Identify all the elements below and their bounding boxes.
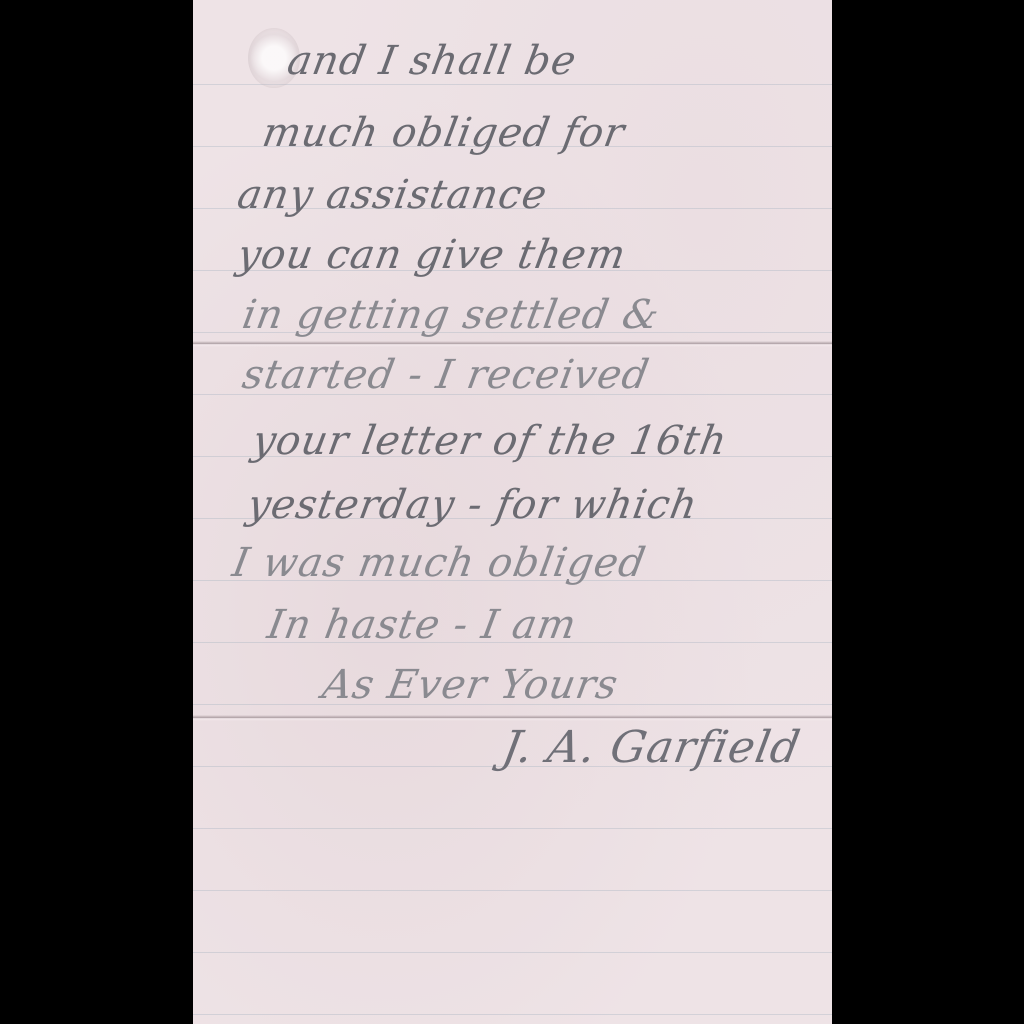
fold-crease [193, 715, 832, 721]
signature: J. A. Garfield [499, 722, 805, 773]
letter-line: yesterday - for which [244, 482, 701, 528]
letter-line: started - I received [239, 352, 653, 398]
letter-line: much obliged for [259, 110, 629, 156]
letter-line: any assistance [234, 172, 551, 218]
fold-crease [193, 341, 832, 347]
letter-page: and I shall be much obliged for any assi… [193, 0, 832, 1024]
letter-line: I was much obliged [229, 540, 650, 586]
letter-line: your letter of the 16th [249, 418, 731, 464]
closing-line: As Ever Yours [319, 662, 622, 708]
letter-line: in getting settled & [239, 292, 663, 338]
letter-line: you can give them [234, 232, 630, 278]
letter-line: and I shall be [284, 38, 580, 84]
letter-line: In haste - I am [264, 602, 581, 648]
